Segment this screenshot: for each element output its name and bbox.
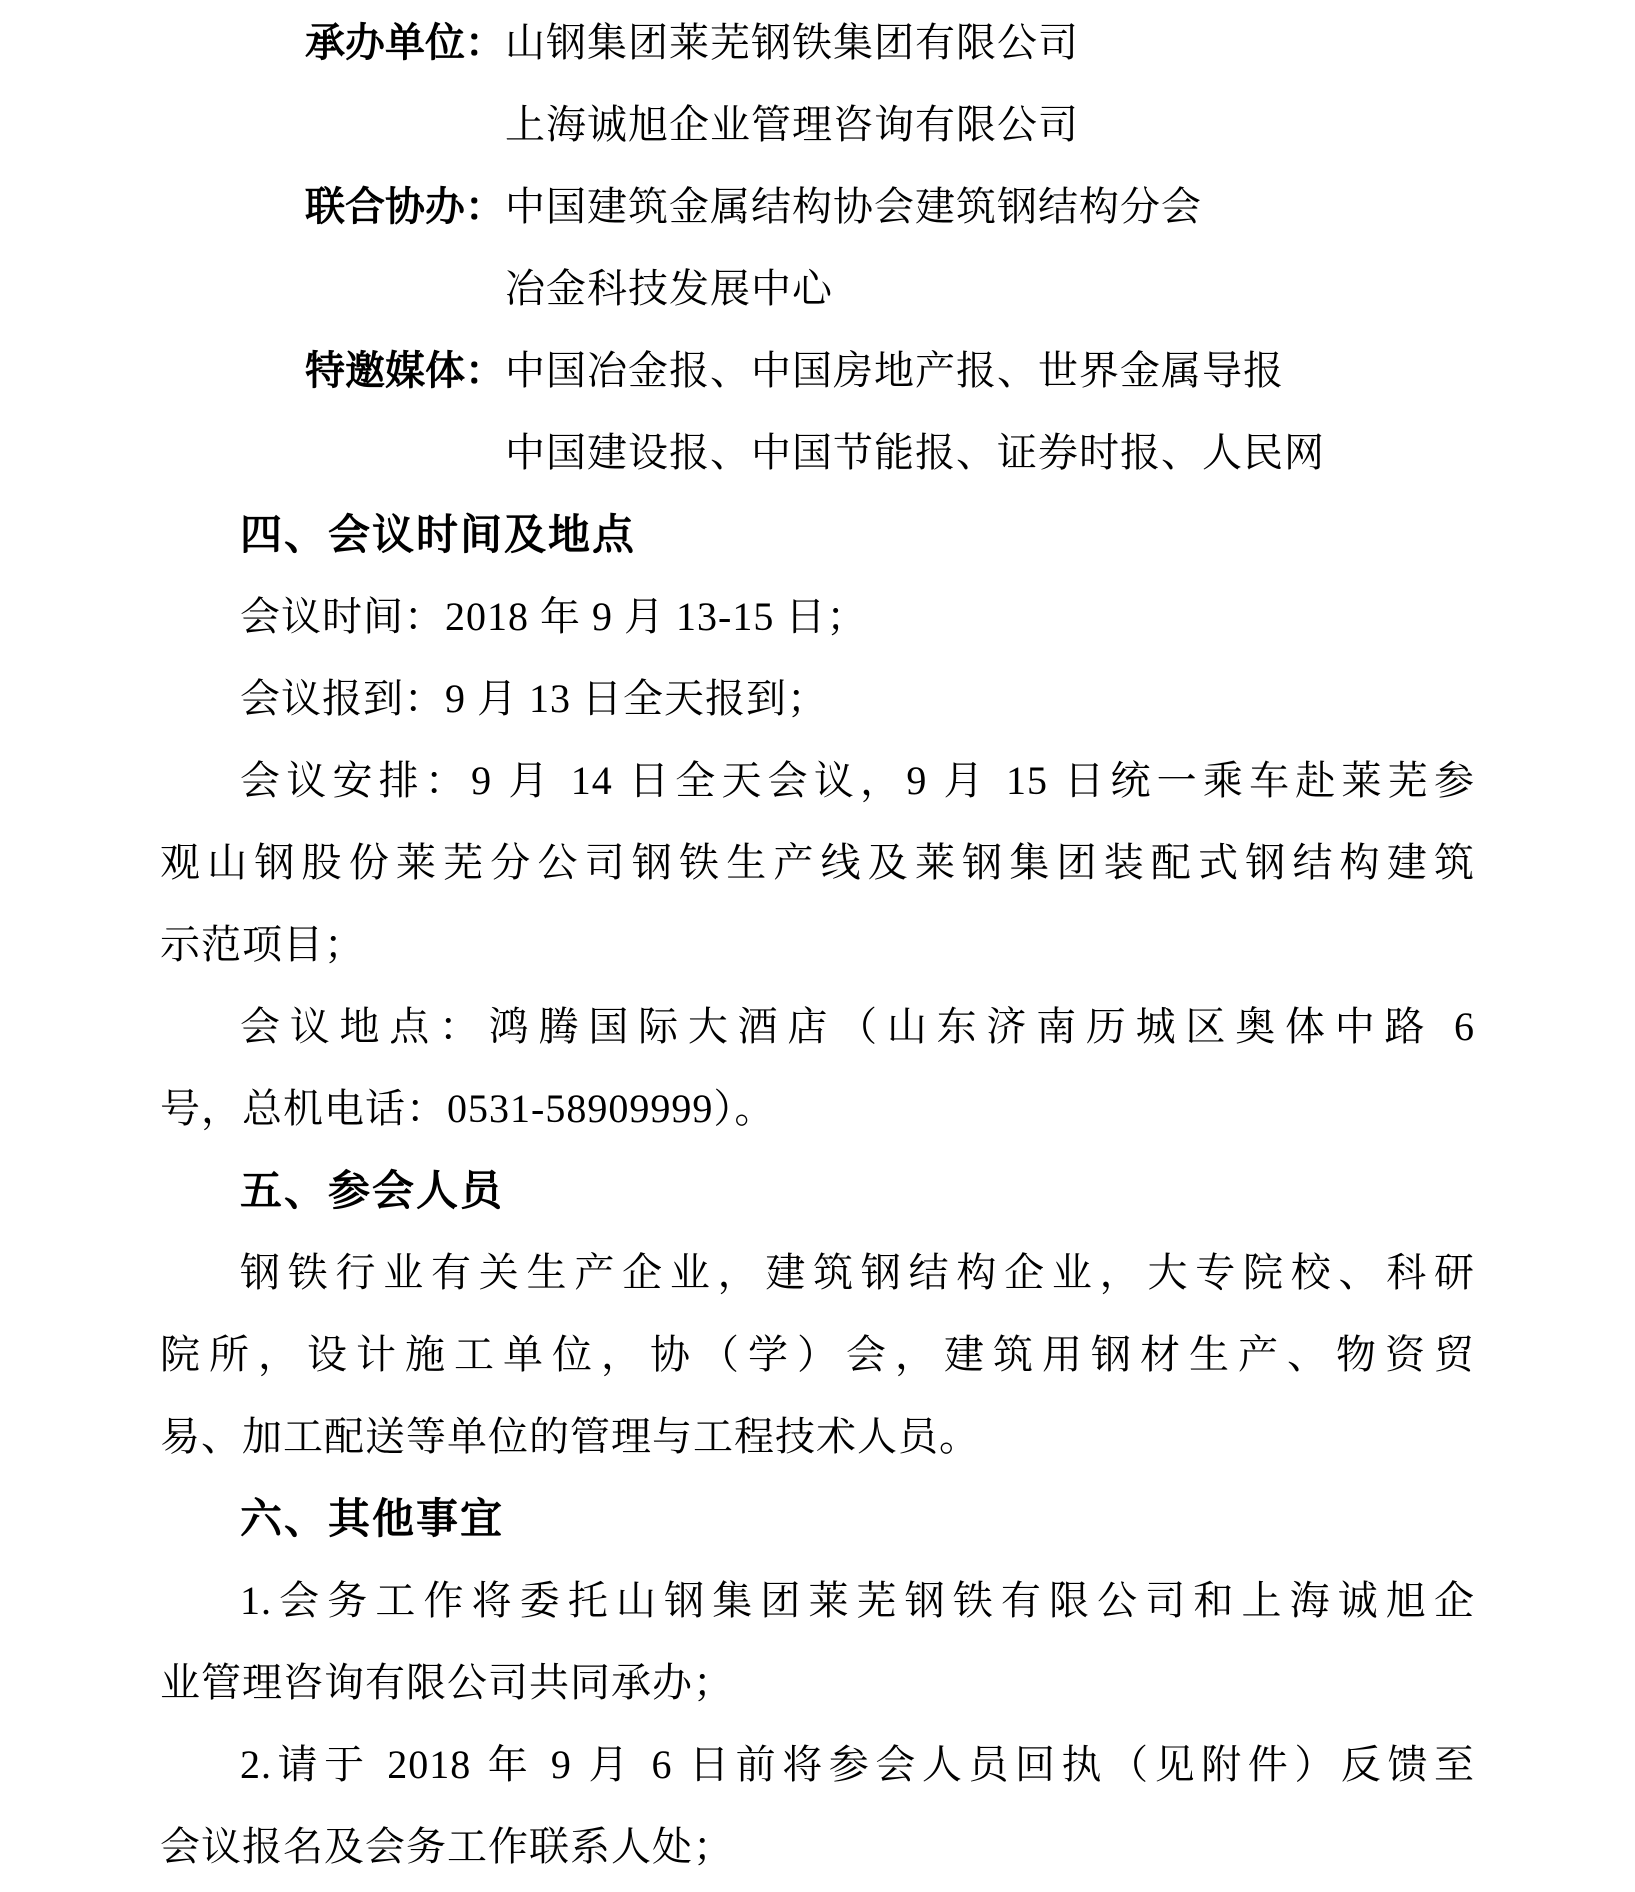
meeting-time-line: 会议时间：2018 年 9 月 13-15 日； bbox=[160, 576, 1475, 658]
media-label: 特邀媒体： bbox=[305, 349, 505, 393]
section-heading-time-place: 四、会议时间及地点 bbox=[160, 494, 1475, 576]
other-item1-line2: 业管理咨询有限公司共同承办； bbox=[160, 1642, 1475, 1724]
other-item2-line1: 2.请于 2018 年 9 月 6 日前将参会人员回执（见附件）反馈至 bbox=[160, 1724, 1475, 1806]
meeting-schedule-line3: 示范项目； bbox=[160, 904, 1475, 986]
attendees-line3: 易、加工配送等单位的管理与工程技术人员。 bbox=[160, 1396, 1475, 1478]
host-label: 承办单位： bbox=[305, 21, 505, 65]
host-row-continuation: 上海诚旭企业管理咨询有限公司 bbox=[505, 84, 1475, 166]
meeting-venue-line1: 会议地点：鸿腾国际大酒店（山东济南历城区奥体中路 6 bbox=[160, 986, 1475, 1068]
other-item1-line1: 1.会务工作将委托山钢集团莱芜钢铁有限公司和上海诚旭企 bbox=[160, 1560, 1475, 1642]
other-item2-line2: 会议报名及会务工作联系人处； bbox=[160, 1806, 1475, 1888]
meeting-checkin-line: 会议报到：9 月 13 日全天报到； bbox=[160, 658, 1475, 740]
co-organizer-value-line1: 中国建筑金属结构协会建筑钢结构分会 bbox=[505, 184, 1202, 229]
host-row: 承办单位：山钢集团莱芜钢铁集团有限公司 bbox=[305, 2, 1475, 84]
co-organizer-value-line2: 冶金科技发展中心 bbox=[505, 266, 833, 311]
media-row: 特邀媒体：中国冶金报、中国房地产报、世界金属导报 bbox=[305, 330, 1475, 412]
media-value-line1: 中国冶金报、中国房地产报、世界金属导报 bbox=[505, 348, 1284, 393]
meeting-schedule-line2: 观山钢股份莱芜分公司钢铁生产线及莱钢集团装配式钢结构建筑 bbox=[160, 822, 1475, 904]
meeting-venue-line2: 号，总机电话：0531-58909999）。 bbox=[160, 1068, 1475, 1150]
host-value-line1: 山钢集团莱芜钢铁集团有限公司 bbox=[505, 20, 1079, 65]
co-organizer-row-continuation: 冶金科技发展中心 bbox=[505, 248, 1475, 330]
section-heading-other: 六、其他事宜 bbox=[160, 1478, 1475, 1560]
media-row-continuation: 中国建设报、中国节能报、证券时报、人民网 bbox=[505, 412, 1475, 494]
organizers-block: 承办单位：山钢集团莱芜钢铁集团有限公司 上海诚旭企业管理咨询有限公司 联合协办：… bbox=[305, 2, 1475, 494]
attendees-line2: 院所，设计施工单位，协（学）会，建筑用钢材生产、物资贸 bbox=[160, 1314, 1475, 1396]
media-value-line2: 中国建设报、中国节能报、证券时报、人民网 bbox=[505, 430, 1325, 475]
co-organizer-label: 联合协办： bbox=[305, 185, 505, 229]
document-page: 承办单位：山钢集团莱芜钢铁集团有限公司 上海诚旭企业管理咨询有限公司 联合协办：… bbox=[0, 0, 1635, 1892]
meeting-schedule-line1: 会议安排：9 月 14 日全天会议，9 月 15 日统一乘车赴莱芜参 bbox=[160, 740, 1475, 822]
host-value-line2: 上海诚旭企业管理咨询有限公司 bbox=[505, 102, 1079, 147]
attendees-line1: 钢铁行业有关生产企业，建筑钢结构企业，大专院校、科研 bbox=[160, 1232, 1475, 1314]
co-organizer-row: 联合协办：中国建筑金属结构协会建筑钢结构分会 bbox=[305, 166, 1475, 248]
section-heading-attendees: 五、参会人员 bbox=[160, 1150, 1475, 1232]
